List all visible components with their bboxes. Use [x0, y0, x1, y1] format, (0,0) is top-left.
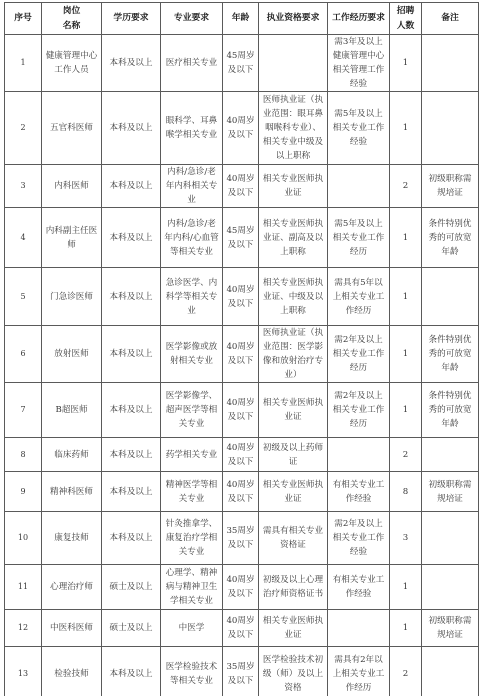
cell-age: 40周岁及以下 [223, 565, 259, 610]
cell-seq: 5 [5, 268, 42, 326]
cell-major: 内科/急诊/老年内科相关专业 [161, 165, 223, 208]
cell-seq: 11 [5, 565, 42, 610]
cell-qualification [259, 35, 328, 92]
cell-major: 眼科学、耳鼻喉学相关专业 [161, 92, 223, 165]
cell-remark [422, 35, 479, 92]
cell-qualification: 初级及以上药师证 [259, 438, 328, 472]
cell-experience: 需5年及以上相关专业工作经历 [328, 208, 390, 268]
table-row: 13检验技师本科及以上医学检验技术等相关专业35周岁及以下医学检验技术初级（师）… [5, 647, 479, 696]
cell-count: 1 [390, 208, 422, 268]
cell-seq: 12 [5, 610, 42, 647]
cell-count: 8 [390, 472, 422, 512]
cell-position: 检验技师 [42, 647, 102, 696]
header-age: 年龄 [223, 3, 259, 35]
cell-experience: 需2年及以上相关专业工作经历 [328, 383, 390, 438]
cell-qualification: 需具有相关专业资格证 [259, 512, 328, 565]
table-row: 4内科副主任医师本科及以上内科/急诊/老年内科/心血管等相关专业45周岁及以下相… [5, 208, 479, 268]
cell-experience [328, 610, 390, 647]
table-row: 3内科医师本科及以上内科/急诊/老年内科相关专业40周岁及以下相关专业医师执业证… [5, 165, 479, 208]
cell-major: 药学相关专业 [161, 438, 223, 472]
cell-position: 康复技师 [42, 512, 102, 565]
cell-remark [422, 268, 479, 326]
cell-education: 本科及以上 [102, 165, 161, 208]
cell-age: 40周岁及以下 [223, 472, 259, 512]
cell-age: 40周岁及以下 [223, 383, 259, 438]
cell-education: 本科及以上 [102, 472, 161, 512]
cell-major: 精神医学等相关专业 [161, 472, 223, 512]
cell-major: 医疗相关专业 [161, 35, 223, 92]
table-row: 2五官科医师本科及以上眼科学、耳鼻喉学相关专业40周岁及以下医师执业证（执业范围… [5, 92, 479, 165]
recruitment-table: 序号 岗位 名称 学历要求 专业要求 年龄 执业资格要求 工作经历要求 招聘 人… [4, 2, 479, 696]
cell-remark [422, 512, 479, 565]
cell-seq: 6 [5, 326, 42, 383]
cell-major: 医学影像学、超声医学等相关专业 [161, 383, 223, 438]
cell-major: 针灸推拿学、康复治疗学相关专业 [161, 512, 223, 565]
cell-remark [422, 647, 479, 696]
cell-education: 本科及以上 [102, 35, 161, 92]
cell-count: 3 [390, 512, 422, 565]
table-row: 9精神科医师本科及以上精神医学等相关专业40周岁及以下相关专业医师执业证有相关专… [5, 472, 479, 512]
cell-seq: 13 [5, 647, 42, 696]
cell-remark [422, 92, 479, 165]
header-major: 专业要求 [161, 3, 223, 35]
cell-remark: 初级职称需规培证 [422, 165, 479, 208]
cell-count: 1 [390, 35, 422, 92]
cell-experience: 有相关专业工作经验 [328, 472, 390, 512]
cell-education: 本科及以上 [102, 268, 161, 326]
cell-remark [422, 438, 479, 472]
cell-major: 急诊医学、内科学等相关专业 [161, 268, 223, 326]
cell-age: 40周岁及以下 [223, 610, 259, 647]
cell-qualification: 相关专业医师执业证、副高及以上职称 [259, 208, 328, 268]
cell-position: B超医师 [42, 383, 102, 438]
cell-qualification: 相关专业医师执业证 [259, 610, 328, 647]
cell-position: 门急诊医师 [42, 268, 102, 326]
cell-position: 五官科医师 [42, 92, 102, 165]
cell-major: 医学影像或放射相关专业 [161, 326, 223, 383]
cell-experience: 需具有2年以上相关专业工作经历 [328, 647, 390, 696]
table-row: 10康复技师本科及以上针灸推拿学、康复治疗学相关专业35周岁及以下需具有相关专业… [5, 512, 479, 565]
table-row: 1健康管理中心工作人员本科及以上医疗相关专业45周岁及以下需3年及以上健康管理中… [5, 35, 479, 92]
cell-count: 1 [390, 383, 422, 438]
cell-count: 1 [390, 326, 422, 383]
table-row: 6放射医师本科及以上医学影像或放射相关专业40周岁及以下医师执业证（执业范围：医… [5, 326, 479, 383]
cell-qualification: 相关专业医师执业证 [259, 383, 328, 438]
cell-education: 本科及以上 [102, 438, 161, 472]
cell-education: 本科及以上 [102, 512, 161, 565]
table-row: 8临床药师本科及以上药学相关专业40周岁及以下初级及以上药师证2 [5, 438, 479, 472]
cell-position: 心理治疗师 [42, 565, 102, 610]
header-position: 岗位 名称 [42, 3, 102, 35]
cell-education: 本科及以上 [102, 383, 161, 438]
cell-position: 内科副主任医师 [42, 208, 102, 268]
cell-education: 本科及以上 [102, 92, 161, 165]
cell-experience: 需2年及以上相关专业工作经历 [328, 326, 390, 383]
cell-count: 2 [390, 647, 422, 696]
cell-experience [328, 165, 390, 208]
cell-age: 40周岁及以下 [223, 268, 259, 326]
header-education: 学历要求 [102, 3, 161, 35]
cell-qualification: 相关专业医师执业证、中级及以上职称 [259, 268, 328, 326]
cell-count: 1 [390, 268, 422, 326]
cell-experience: 需具有5年以上相关专业工作经历 [328, 268, 390, 326]
cell-experience: 需3年及以上健康管理中心相关管理工作经验 [328, 35, 390, 92]
cell-qualification: 医学检验技术初级（师）及以上资格 [259, 647, 328, 696]
cell-age: 40周岁及以下 [223, 326, 259, 383]
table-row: 12中医科医师硕士及以上中医学40周岁及以下相关专业医师执业证1初级职称需规培证 [5, 610, 479, 647]
cell-major: 心理学、精神病与精神卫生学相关专业 [161, 565, 223, 610]
cell-position: 内科医师 [42, 165, 102, 208]
cell-age: 40周岁及以下 [223, 165, 259, 208]
cell-education: 本科及以上 [102, 647, 161, 696]
cell-position: 放射医师 [42, 326, 102, 383]
cell-age: 40周岁及以下 [223, 92, 259, 165]
cell-seq: 8 [5, 438, 42, 472]
cell-remark: 初级职称需规培证 [422, 472, 479, 512]
cell-remark: 条件特别优秀的可放宽年龄 [422, 208, 479, 268]
header-row: 序号 岗位 名称 学历要求 专业要求 年龄 执业资格要求 工作经历要求 招聘 人… [5, 3, 479, 35]
cell-major: 中医学 [161, 610, 223, 647]
cell-count: 1 [390, 92, 422, 165]
cell-qualification: 初级及以上心理治疗师资格证书 [259, 565, 328, 610]
cell-seq: 7 [5, 383, 42, 438]
cell-education: 本科及以上 [102, 208, 161, 268]
cell-remark: 初级职称需规培证 [422, 610, 479, 647]
cell-count: 1 [390, 565, 422, 610]
cell-age: 35周岁及以下 [223, 512, 259, 565]
cell-seq: 2 [5, 92, 42, 165]
header-count: 招聘 人数 [390, 3, 422, 35]
cell-major: 医学检验技术等相关专业 [161, 647, 223, 696]
cell-position: 精神科医师 [42, 472, 102, 512]
cell-seq: 10 [5, 512, 42, 565]
cell-qualification: 医师执业证（执业范围：医学影像和放射治疗专业） [259, 326, 328, 383]
header-remark: 备注 [422, 3, 479, 35]
cell-count: 2 [390, 438, 422, 472]
table-row: 7B超医师本科及以上医学影像学、超声医学等相关专业40周岁及以下相关专业医师执业… [5, 383, 479, 438]
cell-position: 中医科医师 [42, 610, 102, 647]
table-row: 11心理治疗师硕士及以上心理学、精神病与精神卫生学相关专业40周岁及以下初级及以… [5, 565, 479, 610]
cell-age: 40周岁及以下 [223, 438, 259, 472]
cell-position: 临床药师 [42, 438, 102, 472]
cell-education: 硕士及以上 [102, 565, 161, 610]
cell-age: 45周岁及以下 [223, 35, 259, 92]
cell-count: 2 [390, 165, 422, 208]
cell-remark [422, 565, 479, 610]
cell-seq: 9 [5, 472, 42, 512]
header-experience: 工作经历要求 [328, 3, 390, 35]
cell-education: 硕士及以上 [102, 610, 161, 647]
cell-seq: 3 [5, 165, 42, 208]
cell-experience: 有相关专业工作经验 [328, 565, 390, 610]
table-row: 5门急诊医师本科及以上急诊医学、内科学等相关专业40周岁及以下相关专业医师执业证… [5, 268, 479, 326]
cell-qualification: 医师执业证（执业范围：眼耳鼻咽喉科专业）、相关专业中级及以上职称 [259, 92, 328, 165]
cell-count: 1 [390, 610, 422, 647]
header-qualification: 执业资格要求 [259, 3, 328, 35]
cell-major: 内科/急诊/老年内科/心血管等相关专业 [161, 208, 223, 268]
cell-qualification: 相关专业医师执业证 [259, 472, 328, 512]
cell-seq: 4 [5, 208, 42, 268]
cell-age: 35周岁及以下 [223, 647, 259, 696]
cell-education: 本科及以上 [102, 326, 161, 383]
cell-experience: 需5年及以上相关专业工作经验 [328, 92, 390, 165]
cell-position: 健康管理中心工作人员 [42, 35, 102, 92]
header-seq: 序号 [5, 3, 42, 35]
cell-experience [328, 438, 390, 472]
cell-seq: 1 [5, 35, 42, 92]
cell-age: 45周岁及以下 [223, 208, 259, 268]
cell-remark: 条件特别优秀的可放宽年龄 [422, 383, 479, 438]
cell-experience: 需2年及以上相关专业工作经验 [328, 512, 390, 565]
cell-remark: 条件特别优秀的可放宽年龄 [422, 326, 479, 383]
cell-qualification: 相关专业医师执业证 [259, 165, 328, 208]
